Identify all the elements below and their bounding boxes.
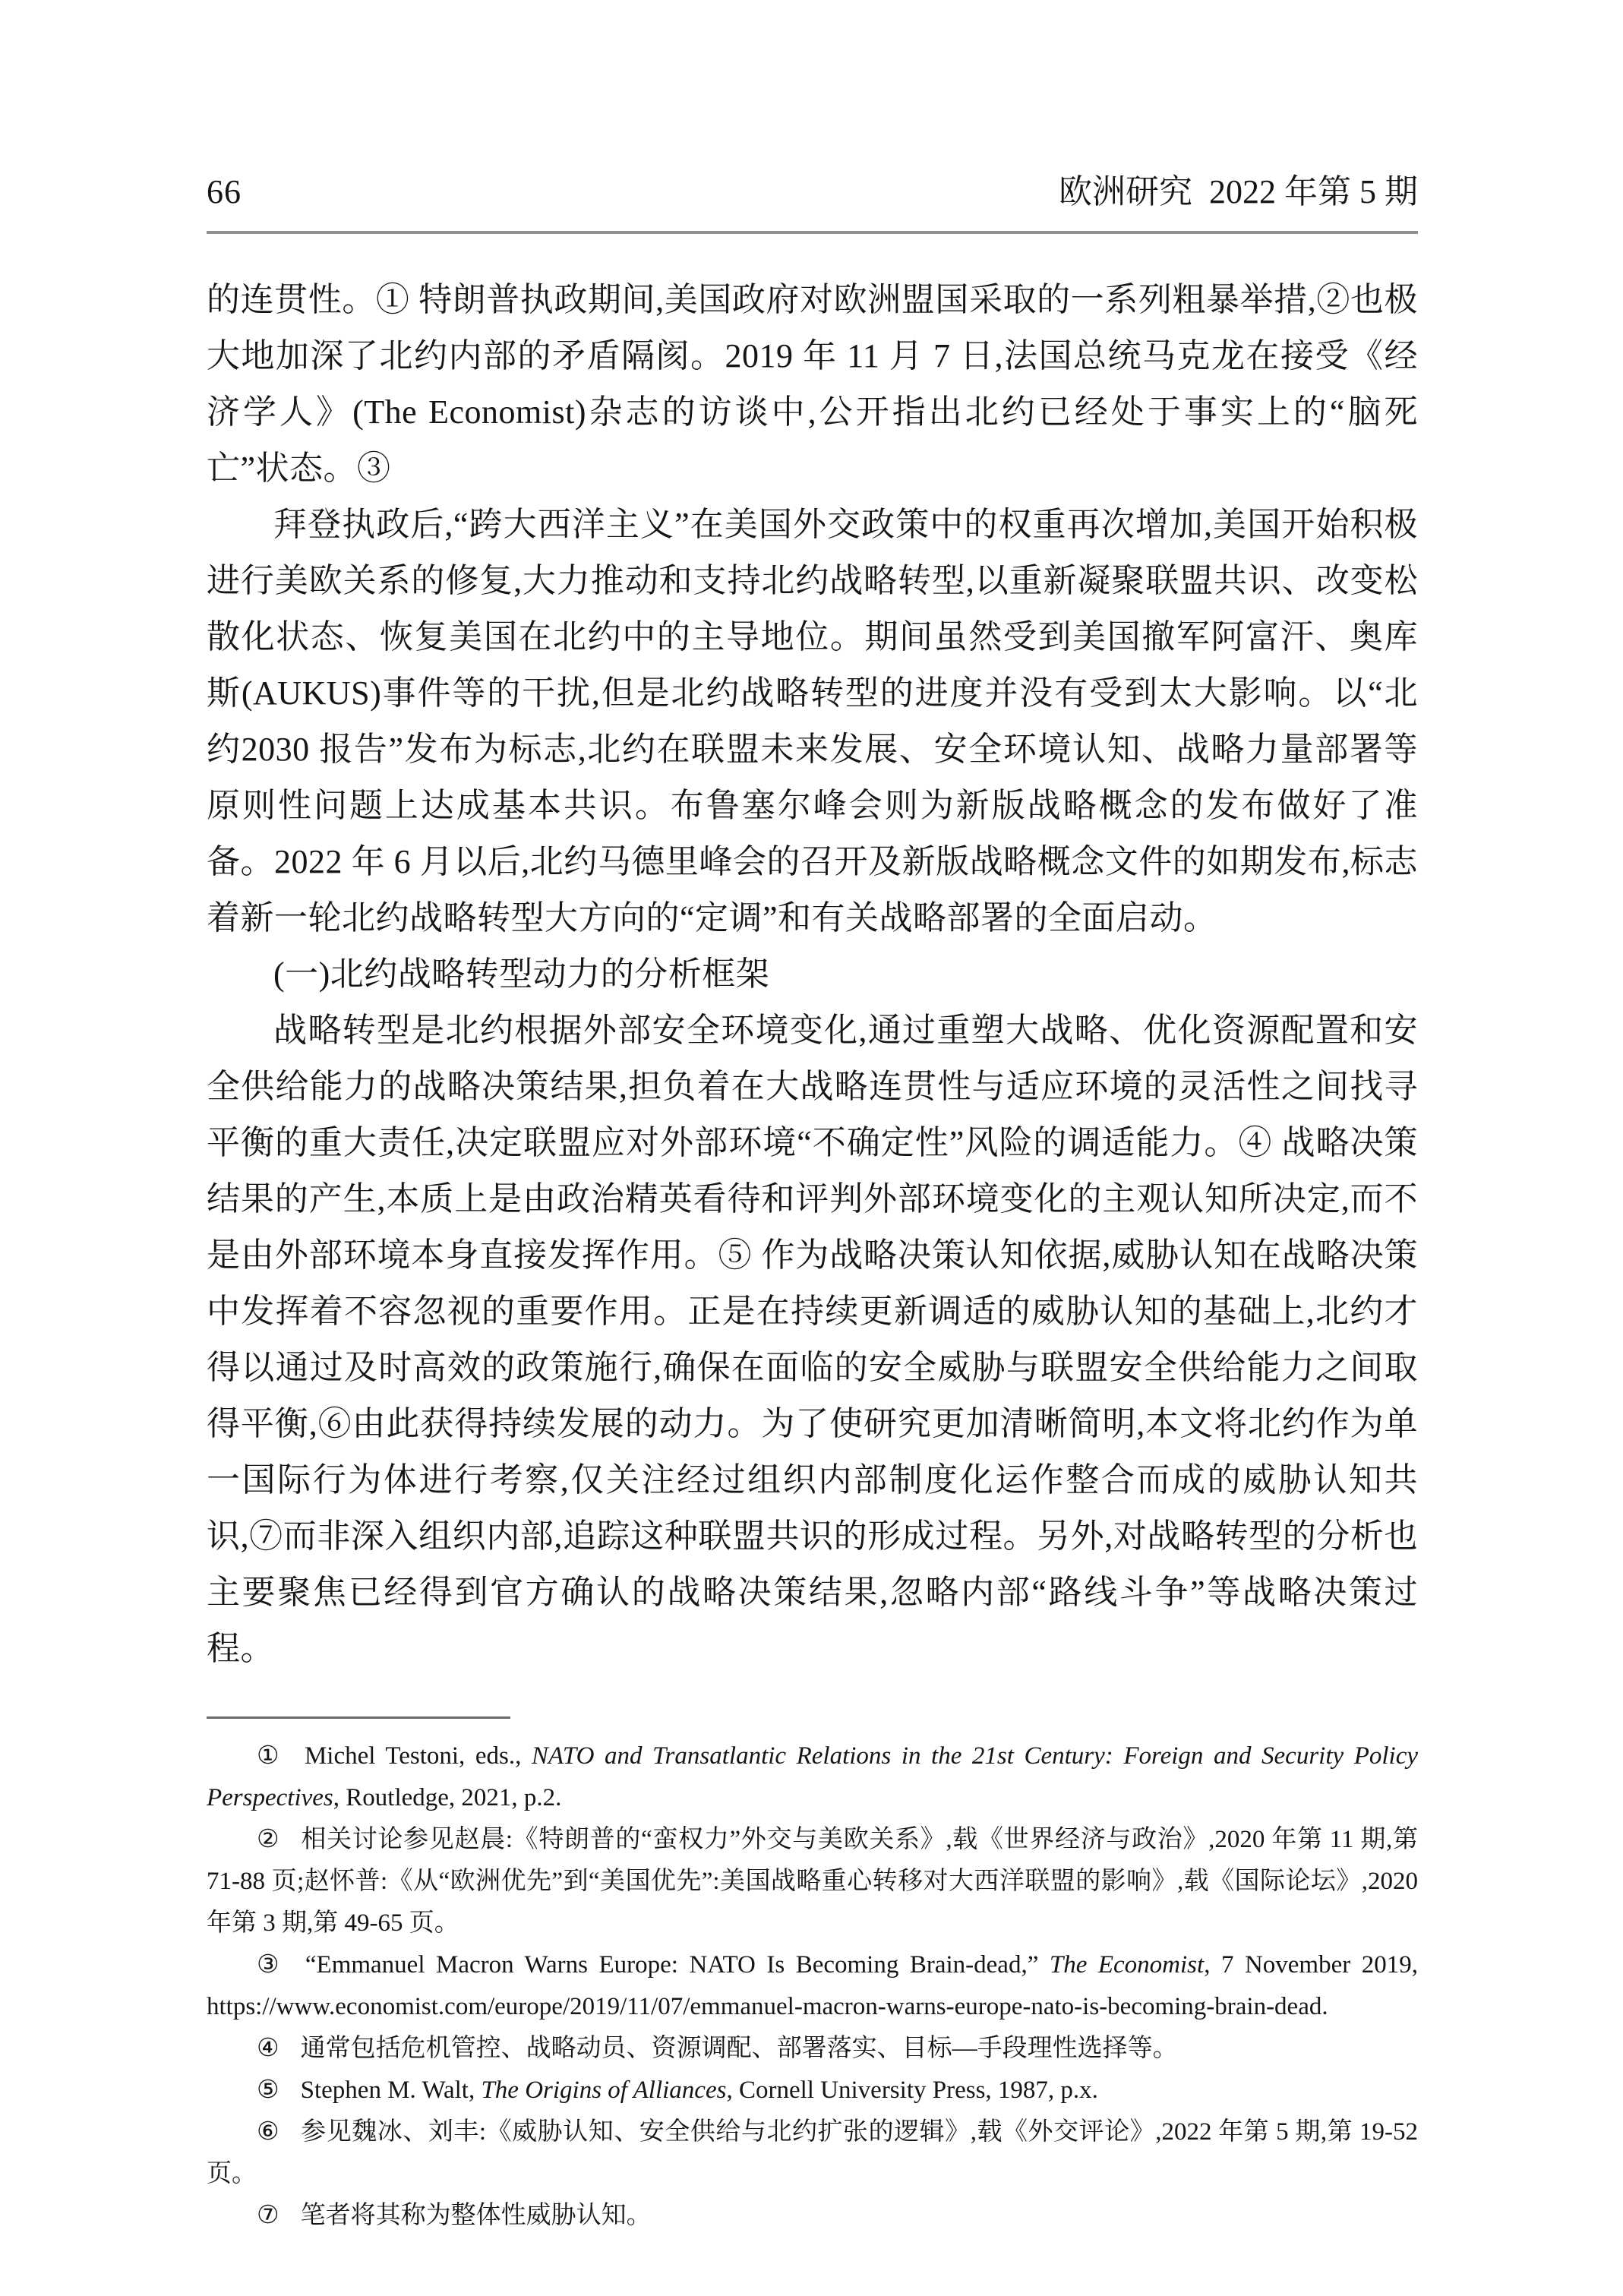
body-paragraph: 战略转型是北约根据外部安全环境变化,通过重塑大战略、优化资源配置和安全供给能力的… xyxy=(207,1003,1418,1677)
footnote: ⑥参见魏冰、刘丰:《威胁认知、安全供给与北约扩张的逻辑》,载《外交评论》,202… xyxy=(207,2111,1418,2195)
footnote-text: Stephen M. Walt, xyxy=(301,2077,482,2104)
body-paragraph: 的连贯性。① 特朗普执政期间,美国政府对欧洲盟国采取的一系列粗暴举措,②也极大地… xyxy=(207,272,1418,497)
footnote-marker: ② xyxy=(257,1826,279,1853)
footnote-work-title: The Origins of Alliances xyxy=(481,2077,726,2104)
page-header: 66 欧洲研究 2022 年第 5 期 xyxy=(207,172,1418,213)
footnote-marker: ⑤ xyxy=(257,2077,279,2104)
footnote: ⑤Stephen M. Walt, The Origins of Allianc… xyxy=(207,2070,1418,2111)
footnote-marker: ④ xyxy=(257,2035,279,2062)
footnote-work-title: The Economist xyxy=(1050,1951,1204,1979)
footnote-marker: ③ xyxy=(257,1951,284,1979)
footnote-separator xyxy=(207,1716,510,1719)
footnote: ⑦笔者将其称为整体性威胁认知。 xyxy=(207,2195,1418,2237)
footnote-marker: ① xyxy=(257,1742,283,1770)
footnote-text: 参见魏冰、刘丰:《威胁认知、安全供给与北约扩张的逻辑》,载《外交评论》,2022… xyxy=(207,2118,1418,2187)
footnote: ④通常包括危机管控、战略动员、资源调配、部署落实、目标—手段理性选择等。 xyxy=(207,2028,1418,2070)
journal-issue-info: 欧洲研究 2022 年第 5 期 xyxy=(1059,172,1418,213)
body-paragraph: (一)北约战略转型动力的分析框架 xyxy=(207,946,1418,1003)
footnote: ②相关讨论参见赵晨:《特朗普的“蛮权力”外交与美欧关系》,载《世界经济与政治》,… xyxy=(207,1819,1418,1944)
footnote-text: , Cornell University Press, 1987, p.x. xyxy=(726,2077,1097,2104)
footnote-marker: ⑥ xyxy=(257,2118,279,2146)
footnote-text: , Routledge, 2021, p.2. xyxy=(333,1784,562,1811)
footnote-marker: ⑦ xyxy=(257,2202,279,2229)
footnote: ①Michel Testoni, eds., NATO and Transatl… xyxy=(207,1735,1418,1819)
header-rule xyxy=(207,231,1418,234)
footnote-text: 相关讨论参见赵晨:《特朗普的“蛮权力”外交与美欧关系》,载《世界经济与政治》,2… xyxy=(207,1826,1418,1937)
body-paragraph: 拜登执政后,“跨大西洋主义”在美国外交政策中的权重再次增加,美国开始积极进行美欧… xyxy=(207,497,1418,946)
page: 66 欧洲研究 2022 年第 5 期 的连贯性。① 特朗普执政期间,美国政府对… xyxy=(0,0,1623,2296)
footnote-text: Michel Testoni, eds., xyxy=(305,1742,532,1770)
page-number: 66 xyxy=(207,172,242,213)
footnote-list: ①Michel Testoni, eds., NATO and Transatl… xyxy=(207,1735,1418,2237)
footnote-text: “Emmanuel Macron Warns Europe: NATO Is B… xyxy=(305,1951,1050,1979)
footnote: ③“Emmanuel Macron Warns Europe: NATO Is … xyxy=(207,1944,1418,2028)
footnote-text: 通常包括危机管控、战略动员、资源调配、部署落实、目标—手段理性选择等。 xyxy=(301,2035,1178,2062)
article-body: 的连贯性。① 特朗普执政期间,美国政府对欧洲盟国采取的一系列粗暴举措,②也极大地… xyxy=(207,272,1418,1677)
footnote-text: 笔者将其称为整体性威胁认知。 xyxy=(301,2202,652,2229)
